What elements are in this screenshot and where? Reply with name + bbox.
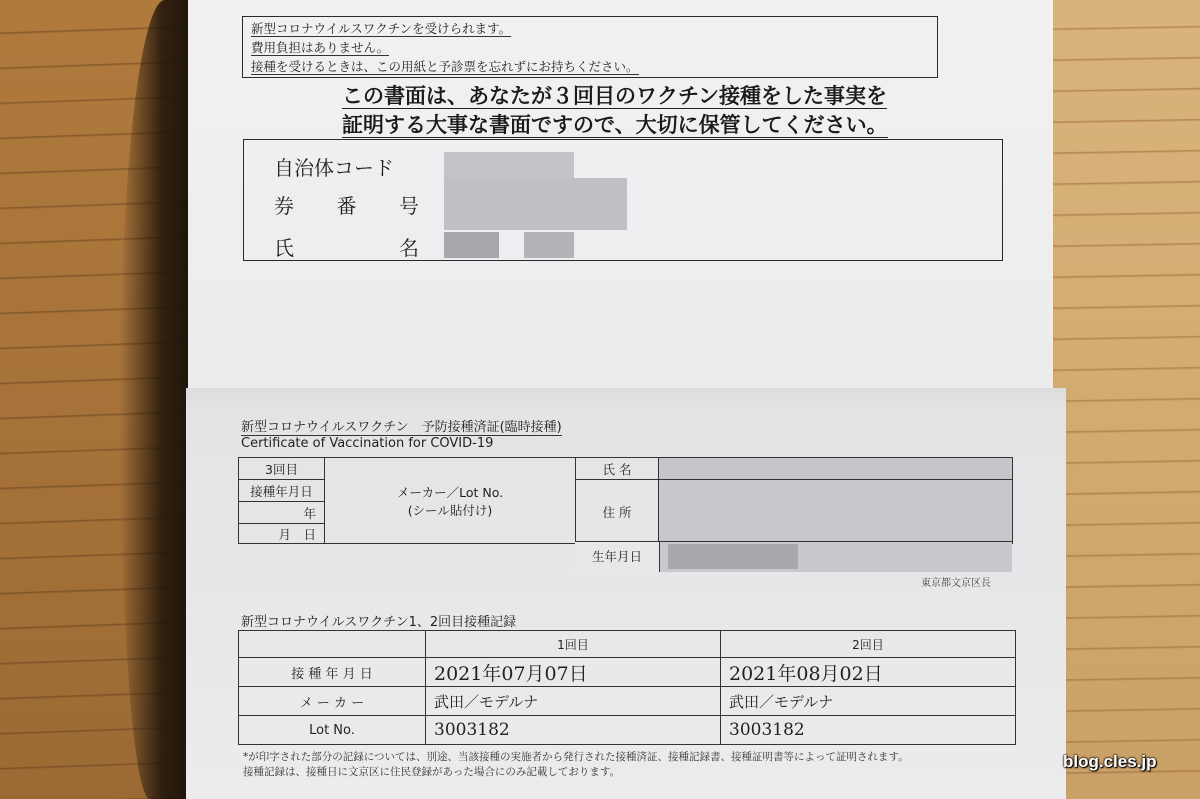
year-label: 年 — [239, 502, 325, 524]
table-row: Lot No. 3003182 3003182 — [239, 716, 1016, 745]
vaccination-date-label: 接種年月日 — [239, 480, 325, 502]
name-label: 氏 名 — [576, 458, 659, 480]
dose1-maker: 武田／モデルナ — [426, 687, 721, 716]
footnotes: *が印字された部分の記録については、別途、当該接種の実施者から発行された接種済証… — [243, 750, 909, 780]
record-table: 1回目 2回目 接 種 年 月 日 2021年07月07日 2021年08月02… — [238, 630, 1016, 745]
wood-background-right — [1050, 0, 1200, 799]
headline-line-1: この書面は、あなたが３回目のワクチン接種をした事実を — [342, 84, 887, 109]
dose1-lot: 3003182 — [426, 716, 721, 745]
redacted-ticket-number — [444, 178, 627, 230]
record-header-dose1: 1回目 — [426, 631, 721, 658]
notice-line: 新型コロナウイルスワクチンを受けられます。 — [251, 21, 511, 37]
ticket-number-label: 券 番 号 — [274, 190, 419, 219]
notice-line: 費用負担はありません。 — [251, 40, 389, 56]
dose2-maker: 武田／モデルナ — [721, 687, 1016, 716]
record-header-dose2: 2回目 — [721, 631, 1016, 658]
redacted-name-part — [444, 232, 499, 258]
footnote: 接種記録は、接種日に文京区に住民登録があった場合にのみ記載しております。 — [243, 765, 909, 780]
birthdate-label: 生年月日 — [575, 541, 660, 572]
redacted-address — [659, 480, 1013, 544]
redacted-birthdate — [660, 541, 1012, 572]
row-label: 接 種 年 月 日 — [239, 658, 426, 687]
redacted-name — [659, 458, 1013, 480]
dose2-date: 2021年08月02日 — [721, 658, 1016, 687]
watermark: blog.cles.jp — [1063, 752, 1157, 772]
record-header-empty — [239, 631, 426, 658]
record-title: 新型コロナウイルスワクチン1、2回目接種記録 — [241, 611, 516, 630]
certificate-title: 新型コロナウイルスワクチン 予防接種済証(臨時接種) — [241, 416, 562, 435]
redacted-name-part — [524, 232, 574, 258]
id-box: 自治体コード 券 番 号 氏 名 — [243, 139, 1003, 261]
row-label: メ ー カ ー — [239, 687, 426, 716]
issuer: 東京都文京区長 — [921, 574, 991, 589]
certificate-subtitle: Certificate of Vaccination for COVID-19 — [241, 436, 493, 451]
maker-lot-sticker-area: メーカー／Lot No. (シール貼付け) — [325, 458, 576, 544]
headline: この書面は、あなたが３回目のワクチン接種をした事実を 証明する大事な書面ですので… — [342, 82, 912, 140]
address-label: 住 所 — [576, 480, 659, 544]
redacted-municipality-code — [444, 152, 574, 178]
table-row: 接 種 年 月 日 2021年07月07日 2021年08月02日 — [239, 658, 1016, 687]
month-day-label: 月 日 — [239, 524, 325, 544]
dose2-lot: 3003182 — [721, 716, 1016, 745]
dose1-date: 2021年07月07日 — [426, 658, 721, 687]
notice-box: 新型コロナウイルスワクチンを受けられます。 費用負担はありません。 接種を受ける… — [242, 16, 938, 78]
footnote: *が印字された部分の記録については、別途、当該接種の実施者から発行された接種済証… — [243, 750, 909, 765]
table-row: メ ー カ ー 武田／モデルナ 武田／モデルナ — [239, 687, 1016, 716]
dose-label: 3回目 — [239, 458, 325, 480]
row-label: Lot No. — [239, 716, 426, 745]
municipality-code-label: 自治体コード — [274, 152, 419, 181]
notice-line: 接種を受けるときは、この用紙と予診票を忘れずにお持ちください。 — [251, 59, 639, 75]
headline-line-2: 証明する大事な書面ですので、大切に保管してください。 — [342, 113, 888, 138]
name-label: 氏 名 — [274, 232, 419, 261]
